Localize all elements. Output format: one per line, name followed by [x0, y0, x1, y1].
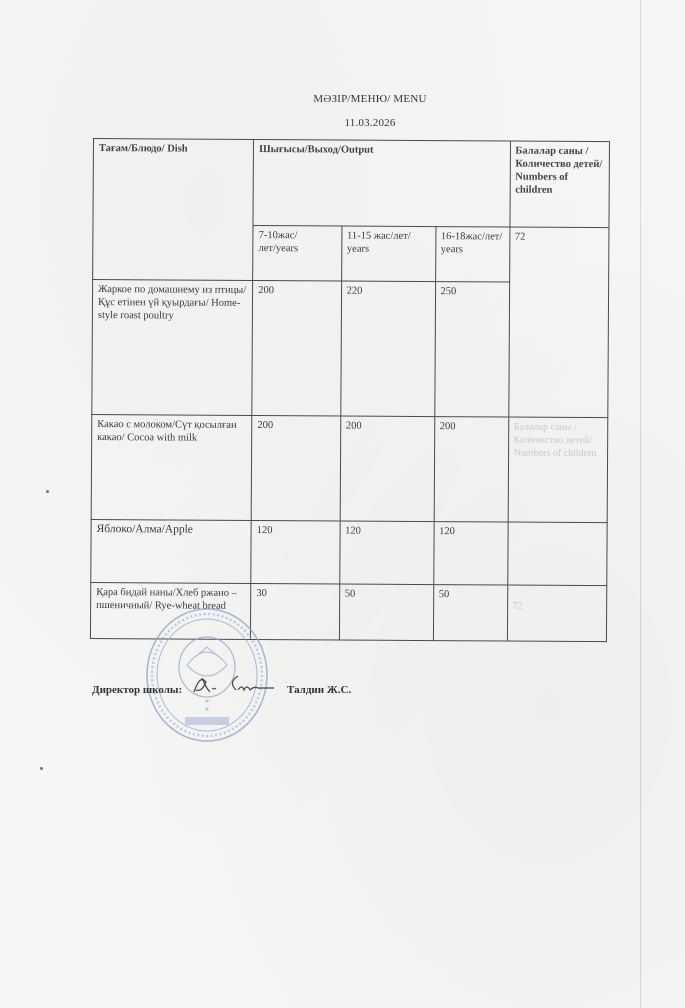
output-11-15: 120: [339, 521, 433, 585]
header-output: Шығысы/Выход/Output: [253, 139, 510, 227]
table-row: Какао с молоком/Сүт қосылған какао/ Coco…: [91, 414, 608, 522]
document-title: МӘЗІР/МЕНЮ/ MENU: [0, 93, 685, 105]
children-count-cell: 72: [508, 227, 609, 418]
output-11-15: 220: [340, 281, 435, 417]
header-age-11-15: 11-15 жас/лет/ years: [341, 226, 435, 282]
output-11-15: 50: [339, 584, 433, 641]
output-16-18: 50: [433, 585, 507, 641]
document-date: 11.03.2026: [0, 117, 685, 129]
output-16-18: 250: [434, 282, 509, 417]
header-age-7-10: 7-10жас/лет/years: [253, 225, 342, 281]
output-7-10: 200: [251, 415, 340, 521]
signature-icon: [188, 672, 278, 698]
children-cell-showthrough: Балалар саны /Количество детей/ Numbers …: [508, 417, 608, 523]
director-name: Талдин Ж.С.: [287, 684, 351, 696]
dish-name: Яблоко/Алма/Apple: [91, 519, 252, 583]
output-11-15: 200: [340, 416, 435, 522]
dish-name: Жаркое по домашнему из птицы/Құс етінен …: [92, 280, 253, 416]
header-age-16-18: 16-18жас/лет/ years: [435, 227, 509, 282]
header-children: Балалар саны /Количество детей/ Numbers …: [509, 141, 609, 228]
output-7-10: 120: [251, 520, 340, 584]
children-cell-empty: [507, 522, 607, 586]
scanned-page: МӘЗІР/МЕНЮ/ MENU 11.03.2026 Тағам/Блюдо/…: [0, 0, 685, 1008]
output-7-10: 200: [252, 280, 341, 416]
director-label: Директор школы:: [92, 684, 182, 696]
children-cell-showthrough: 72: [507, 585, 607, 642]
dish-name: Какао с молоком/Сүт қосылған какао/ Coco…: [91, 414, 252, 520]
table-row: Яблоко/Алма/Apple 120 120 120: [91, 519, 607, 585]
scan-speck: [40, 767, 43, 770]
show-through-text: Балалар саны /Количество детей/ Numbers …: [514, 422, 597, 460]
output-16-18: 200: [434, 417, 509, 522]
show-through-text: 72: [513, 601, 523, 612]
children-count: 72: [515, 232, 526, 243]
header-dish: Тағам/Блюдо/ Dish: [93, 139, 254, 281]
table-header-row: Тағам/Блюдо/ Dish Шығысы/Выход/Output Ба…: [93, 139, 610, 228]
scan-speck: [46, 490, 49, 493]
output-16-18: 120: [433, 522, 507, 585]
page-edge-shadow: [640, 0, 641, 1008]
menu-table: Тағам/Блюдо/ Dish Шығысы/Выход/Output Ба…: [90, 138, 610, 642]
